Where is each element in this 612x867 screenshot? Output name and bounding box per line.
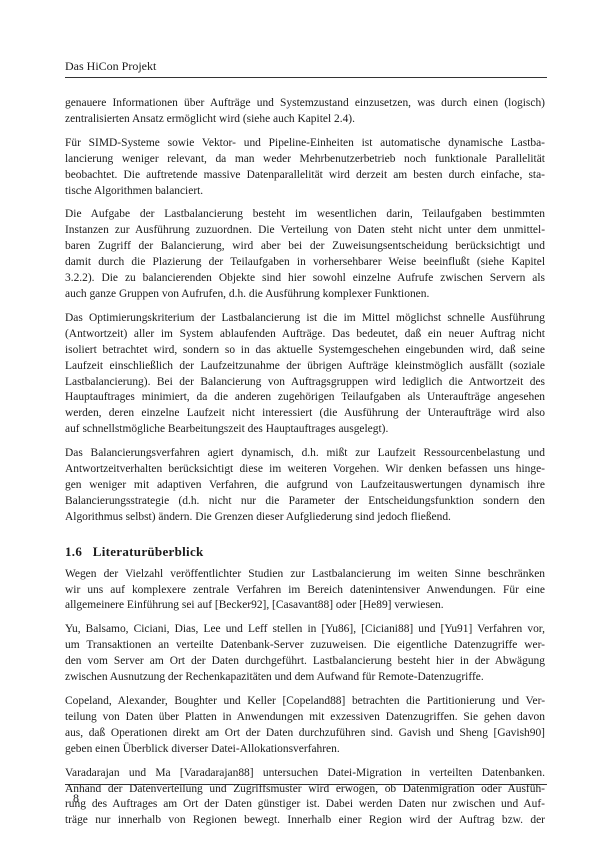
text-line: damit durch die Plazierung der Teilaufga… [65,255,545,271]
text-line: beobachtet. Die auftretende massive Date… [65,168,545,184]
paragraph: Das Balancierungsverfahren agiert dynami… [65,446,545,526]
paragraph: Das Optimierungskriterium der Lastbalanc… [65,311,545,438]
page-number: 8 [73,791,79,805]
text-line: lancierung weniger relevant, da man wede… [65,152,545,168]
text-line: Yu, Balsamo, Ciciani, Dias, Lee und Leff… [65,622,545,638]
text-line: träge nur innerhalb von Regionen bewegt.… [65,813,545,829]
text-line: rung des Auftrages am Ort der Daten güns… [65,797,545,813]
text-line: den vom Server am Ort der Daten durchgef… [65,654,545,670]
text-line: gen weniger mit adaptiven Verfahren, die… [65,478,545,494]
paragraph: Für SIMD-Systeme sowie Vektor- und Pipel… [65,136,545,200]
text-line: Hauptauftrages minimiert, da die anderen… [65,390,545,406]
text-line: baren Zugriff der Balancierung, wird abe… [65,239,545,255]
paragraph: Yu, Balsamo, Ciciani, Dias, Lee und Leff… [65,622,545,686]
header-rule [65,77,547,78]
text-line: um Transaktionen an verteilte Datenbank-… [65,638,545,654]
text-line: auch ganze Gruppen von Aufrufen, d.h. di… [65,287,545,303]
text-line: Instanzen zur Ausführung zuzuordnen. Die… [65,223,545,239]
text-line: Das Balancierungsverfahren agiert dynami… [65,446,545,462]
paragraph: Wegen der Vielzahl veröffentlichter Stud… [65,567,545,615]
footer-rule [65,784,547,785]
text-line: Die Aufgabe der Lastbalancierung besteht… [65,207,545,223]
text-line: Wegen der Vielzahl veröffentlichter Stud… [65,567,545,583]
text-line: (Antwortzeit) aller im System ablaufende… [65,327,545,343]
text-line: Lastbalancierung). Bei der Balancierung … [65,375,545,391]
page-body: genauere Informationen über Aufträge und… [65,96,545,837]
text-line: Algorithmus selbst) ändern. Die Grenzen … [65,510,545,526]
section-heading: 1.6 Literaturüberblick [65,544,545,560]
text-line: genauere Informationen über Aufträge und… [65,96,545,112]
text-line: allgemeinere Einführung sei auf [Becker9… [65,598,545,614]
text-line: Für SIMD-Systeme sowie Vektor- und Pipel… [65,136,545,152]
text-line: werden, deren einzelne Laufzeit nicht in… [65,406,545,422]
text-line: isoliert betrachtet wird, sondern so in … [65,343,545,359]
text-line: Das Optimierungskriterium der Lastbalanc… [65,311,545,327]
text-line: Laufzeit einschließlich der Laufzeitzuna… [65,359,545,375]
text-line: zentralisierten Ansatz ermöglicht wird (… [65,112,545,128]
text-line: Varadarajan und Ma [Varadarajan88] unter… [65,766,545,782]
paragraph: Die Aufgabe der Lastbalancierung besteht… [65,207,545,302]
paragraphs-after-section: Wegen der Vielzahl veröffentlichter Stud… [65,567,545,830]
section-number: 1.6 [65,544,82,559]
text-line: 3.2.2). Die zu balancierenden Objekte si… [65,271,545,287]
text-line: zwischen Ausnutzung der Rechenkapazitäte… [65,670,545,686]
paragraph: Copeland, Alexander, Boughter und Keller… [65,694,545,758]
text-line: teilung von Daten über Platten in Anwend… [65,710,545,726]
paragraphs-before-section: genauere Informationen über Aufträge und… [65,96,545,526]
text-line: tische Algorithmen balanciert. [65,184,545,200]
paragraph: Varadarajan und Ma [Varadarajan88] unter… [65,766,545,830]
paragraph: genauere Informationen über Aufträge und… [65,96,545,128]
text-line: aus, daß Operationen direkt am Ort der D… [65,726,545,742]
text-line: Copeland, Alexander, Boughter und Keller… [65,694,545,710]
text-line: geben einen Überblick diverser Datei-All… [65,742,545,758]
text-line: auf schnellstmögliche Bearbeitungszeit d… [65,422,545,438]
text-line: wir uns auf komplexere zentrale Verfahre… [65,583,545,599]
running-header-title: Das HiCon Projekt [65,59,156,73]
section-title: Literaturüberblick [93,544,204,559]
text-line: Antwortzeitverhalten berücksichtigt dies… [65,462,545,478]
text-line: Balancierungsstrategie (d.h. nicht nur d… [65,494,545,510]
